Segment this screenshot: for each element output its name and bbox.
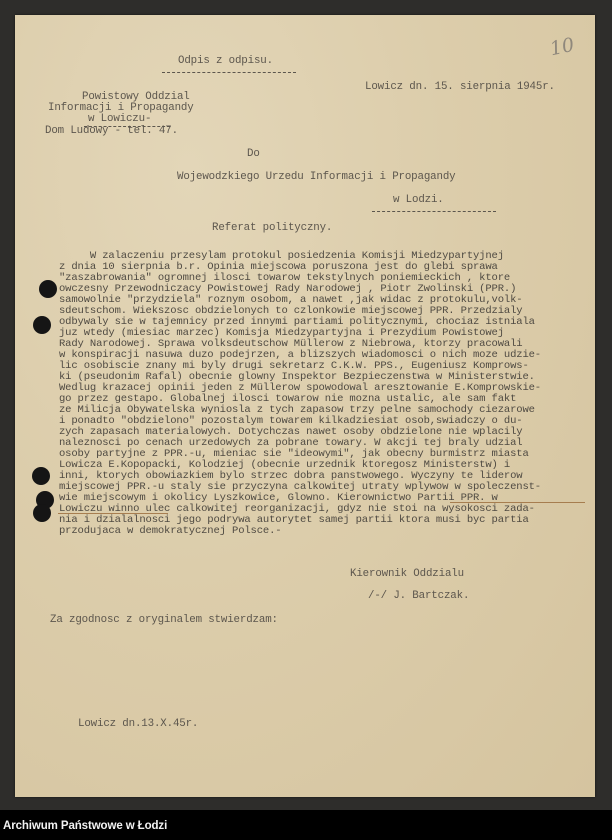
recipient-line-1: Wojewodzkiego Urzedu Informacji i Propag… <box>177 171 456 183</box>
handwritten-underline <box>58 513 168 514</box>
recipient-to: Do <box>247 148 260 160</box>
punch-hole <box>39 280 57 298</box>
recipient-line-2: w Lodzi. <box>393 194 444 206</box>
recipient-underline <box>372 211 496 212</box>
certification-line: Za zgodnosc z oryginalem stwierdzam: <box>50 614 278 626</box>
punch-hole <box>33 316 51 334</box>
subject-heading: Referat polityczny. <box>212 222 332 234</box>
signature-name: /-/ J. Bartczak. <box>368 590 469 602</box>
copy-note-underline <box>162 72 296 73</box>
signature-title: Kierownik Oddzialu <box>350 568 464 580</box>
copy-note: Odpis z odpisu. <box>178 55 273 67</box>
archive-caption: Archiwum Państwowe w Łodzi <box>3 820 167 832</box>
handwritten-underline <box>450 502 585 503</box>
sender-address: Dom Ludowy - tel. 47. <box>45 125 178 137</box>
body-line: przodujaca w demokratycznej Polsce.- <box>59 525 281 537</box>
sender-line-3: w Lowiczu- <box>88 113 151 125</box>
place-date: Lowicz dn. 15. sierpnia 1945r. <box>365 81 555 93</box>
copy-date: Lowicz dn.13.X.45r. <box>78 718 198 730</box>
punch-hole <box>33 504 51 522</box>
punch-hole <box>32 467 50 485</box>
